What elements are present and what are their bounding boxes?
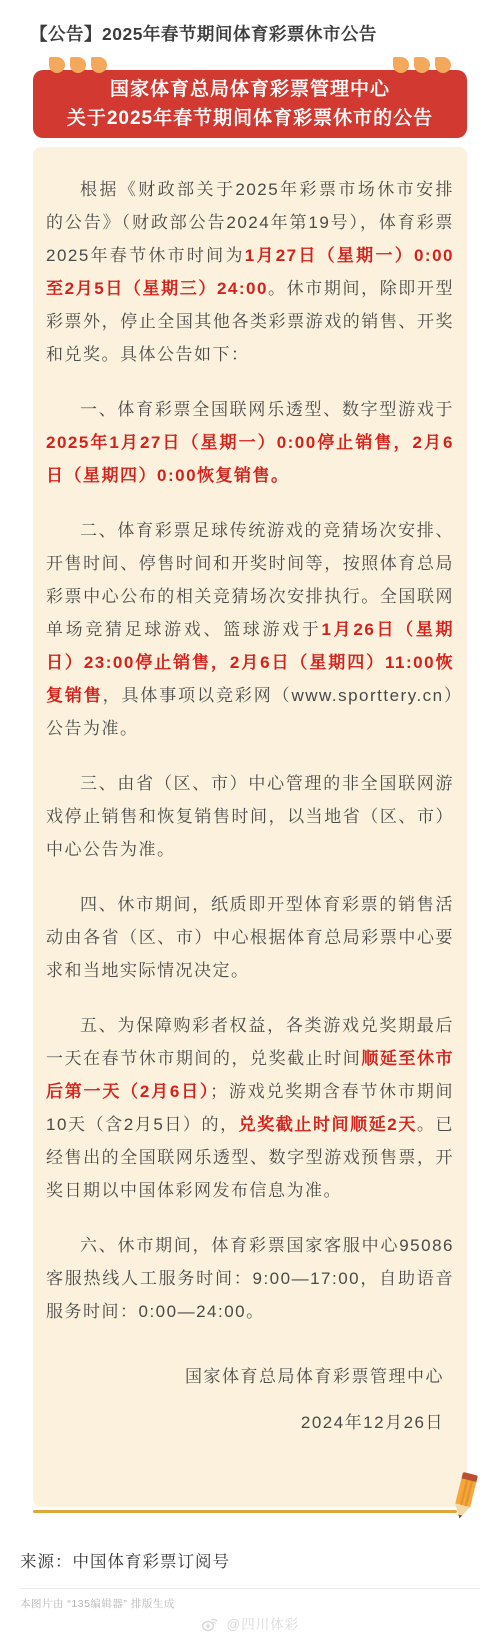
body-text: 四、休市期间，纸质即开型体育彩票的销售活动由各省（区、市）中心根据体育总局彩票中… (46, 895, 454, 980)
banner-title-line2: 关于2025年春节期间体育彩票休市的公告 (67, 104, 433, 133)
signature-date: 2024年12月26日 (46, 1400, 454, 1446)
weibo-logo-icon (201, 1617, 218, 1632)
body-text: 三、由省（区、市）中心管理的非全国联网游戏停止销售和恢复销售时间，以当地省（区、… (46, 774, 454, 859)
footer: 本图片由 “135编辑器” 排版生成 (20, 1588, 480, 1611)
quote-marks-left-icon (49, 57, 107, 73)
quote-mark-icon (91, 57, 107, 73)
announcement-paragraph: 六、休市期间，体育彩票国家客服中心95086客服热线人工服务时间：9:00—17… (46, 1229, 454, 1328)
body-text: 六、休市期间，体育彩票国家客服中心95086客服热线人工服务时间：9:00—17… (46, 1236, 454, 1321)
quote-mark-icon (393, 57, 409, 73)
announcement-paragraph: 二、体育彩票足球传统游戏的竞猜场次安排、开售时间、停售时间和开奖时间等，按照体育… (46, 514, 454, 745)
announcement-poster: 国家体育总局体育彩票管理中心 关于2025年春节期间体育彩票休市的公告 根据《财… (33, 70, 467, 1513)
announcement-paragraph: 四、休市期间，纸质即开型体育彩票的销售活动由各省（区、市）中心根据体育总局彩票中… (46, 888, 454, 987)
announcement-body: 根据《财政部关于2025年彩票市场休市安排的公告》（财政部公告2024年第19号… (46, 173, 454, 1328)
announcement-paragraph: 根据《财政部关于2025年彩票市场休市安排的公告》（财政部公告2024年第19号… (46, 173, 454, 371)
highlighted-text: 2025年1月27日（星期一）0:00停止销售，2月6日（星期四）0:00恢复销… (46, 433, 454, 485)
announcement-paragraph: 三、由省（区、市）中心管理的非全国联网游戏停止销售和恢复销售时间，以当地省（区、… (46, 767, 454, 866)
signature: 国家体育总局体育彩票管理中心 (46, 1354, 454, 1400)
banner-title-line1: 国家体育总局体育彩票管理中心 (110, 75, 390, 104)
announcement-paragraph: 五、为保障购彩者权益，各类游戏兑奖期最后一天在春节休市期间的，兑奖截止时间顺延至… (46, 1009, 454, 1207)
watermark-text: @四川体彩 (227, 1617, 300, 1632)
announcement-paragraph: 一、体育彩票全国联网乐透型、数字型游戏于2025年1月27日（星期一）0:00停… (46, 393, 454, 492)
announcement-card: 根据《财政部关于2025年彩票市场休市安排的公告》（财政部公告2024年第19号… (33, 147, 467, 1507)
quote-mark-icon (414, 57, 430, 73)
banner-header: 国家体育总局体育彩票管理中心 关于2025年春节期间体育彩票休市的公告 (33, 70, 467, 138)
quote-mark-icon (49, 57, 65, 73)
post-image: 【公告】2025年春节期间体育彩票休市公告 国家体育总局体育彩票管理中心 关于2… (0, 0, 500, 1639)
quote-marks-right-icon (393, 57, 451, 73)
gold-underline (33, 1510, 457, 1513)
highlighted-text: 兑奖截止时间顺延2天 (239, 1115, 417, 1134)
quote-mark-icon (70, 57, 86, 73)
source-line: 来源：中国体育彩票订阅号 (20, 1548, 230, 1572)
body-text: ，具体事项以竞彩网（www.sporttery.cn）公告为准。 (46, 686, 454, 738)
quote-mark-icon (435, 57, 451, 73)
page-title: 【公告】2025年春节期间体育彩票休市公告 (30, 0, 470, 46)
signature-block: 国家体育总局体育彩票管理中心 2024年12月26日 (46, 1354, 454, 1446)
generator-note: 本图片由 “135编辑器” 排版生成 (20, 1596, 480, 1611)
body-text: 一、体育彩票全国联网乐透型、数字型游戏于 (80, 400, 454, 419)
weibo-watermark: @四川体彩 (0, 1613, 500, 1633)
